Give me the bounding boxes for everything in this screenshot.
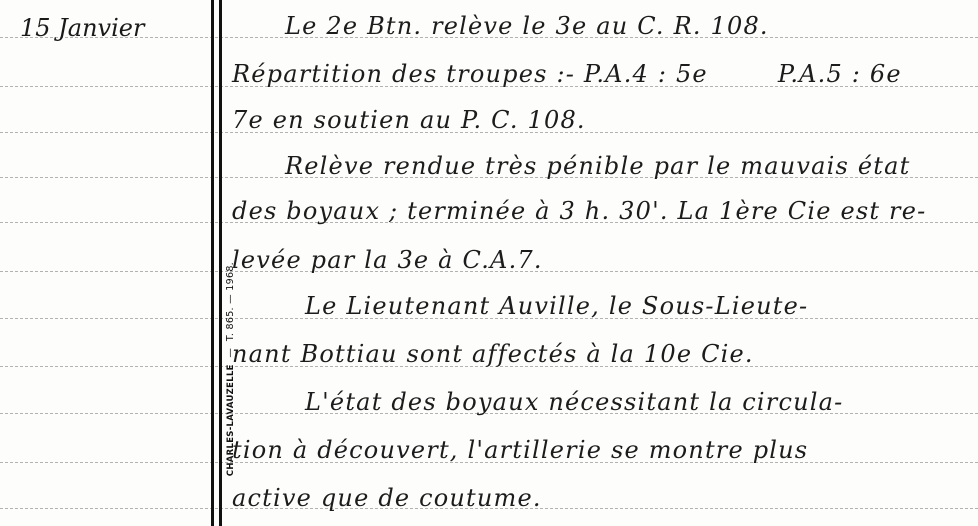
diary-line-6: levée par la 3e à C.A.7. — [232, 246, 543, 274]
diary-page: CHARLES-LAVAUZELLE — T. 865. — 1968. 15 … — [0, 0, 978, 526]
diary-line-10: tion à découvert, l'artillerie se montre… — [232, 436, 808, 464]
diary-line-2-text: Répartition des troupes :- P.A.4 : 5e — [232, 60, 708, 88]
diary-line-7: Le Lieutenant Auville, le Sous-Lieute- — [305, 292, 808, 320]
diary-line-11: active que de coutume. — [232, 484, 542, 512]
diary-line-5: des boyaux ; terminée à 3 h. 30'. La 1èr… — [232, 197, 926, 225]
entry-date: 15 Janvier — [20, 14, 144, 42]
diary-line-8: nant Bottiau sont affectés à la 10e Cie. — [232, 340, 754, 368]
margin-line-inner — [219, 0, 222, 526]
diary-line-9: L'état des boyaux nécessitant la circula… — [305, 388, 843, 416]
diary-line-2: Répartition des troupes :- P.A.4 : 5eP.A… — [232, 60, 902, 88]
diary-line-3: 7e en soutien au P. C. 108. — [232, 106, 586, 134]
diary-line-1: Le 2e Btn. relève le 3e au C. R. 108. — [285, 12, 769, 40]
margin-line-outer — [211, 0, 214, 526]
diary-line-4: Relève rendue très pénible par le mauvai… — [285, 152, 910, 180]
diary-line-2-extra: P.A.5 : 6e — [778, 60, 902, 88]
